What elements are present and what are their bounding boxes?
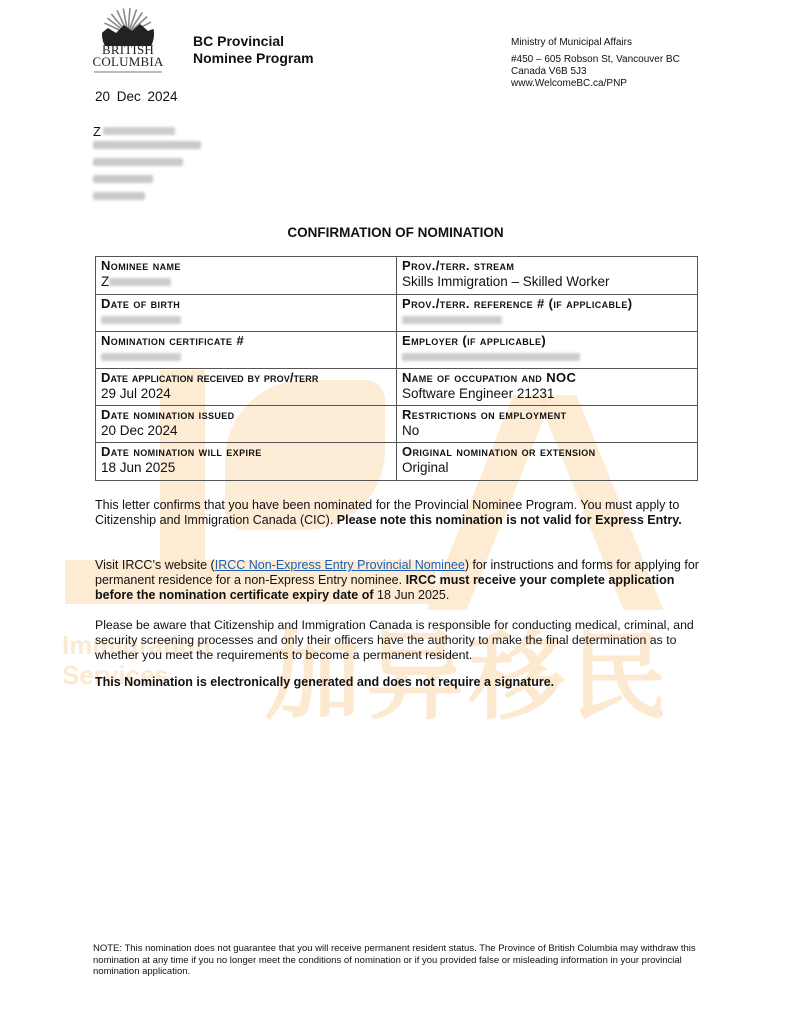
redacted-text [93,192,145,200]
document-title: CONFIRMATION OF NOMINATION [0,225,791,240]
ministry-name: Ministry of Municipal Affairs [511,37,680,49]
table-row: Nominee name Z Prov./terr. stream Skills… [96,257,698,295]
table-row: Date of birth Prov./terr. reference # (i… [96,295,698,332]
redacted-text [402,353,580,361]
logo-wordmark: BRITISH COLUMBIA [90,44,166,68]
bc-logo: BRITISH COLUMBIA [90,6,166,76]
table-row: Nomination certificate # Employer (if ap… [96,332,698,369]
redacted-text [93,158,183,166]
cell-nominee-name: Nominee name Z [96,257,397,295]
recipient-name: Z [93,124,201,141]
address-line-1: #450 – 605 Robson St, Vancouver BC [511,54,680,66]
redacted-text [101,353,181,361]
cell-date-issued: Date nomination issued 20 Dec 2024 [96,406,397,443]
cell-restrictions: Restrictions on employment No [397,406,698,443]
redacted-text [101,316,181,324]
cell-date-of-birth: Date of birth [96,295,397,332]
redacted-text [93,175,153,183]
nomination-table: Nominee name Z Prov./terr. stream Skills… [95,256,698,481]
cell-reference-number: Prov./terr. reference # (if applicable) [397,295,698,332]
ministry-address: Ministry of Municipal Affairs #450 – 605… [511,37,680,90]
paragraph-ircc: Visit IRCC’s website (IRCC Non-Express E… [95,558,710,603]
program-title: BC Provincial Nominee Program [193,33,314,67]
paragraph-confirmation: This letter confirms that you have been … [95,498,710,528]
table-row: Date application received by prov/terr 2… [96,369,698,406]
logo-underline [94,71,162,73]
cell-certificate-number: Nomination certificate # [96,332,397,369]
sun-mountains-icon [90,6,166,46]
table-row: Date nomination will expire 18 Jun 2025 … [96,443,698,481]
recipient-address: Z [93,124,201,209]
cell-employer: Employer (if applicable) [397,332,698,369]
redacted-text [93,141,201,149]
website: www.WelcomeBC.ca/PNP [511,78,680,90]
cell-original-or-extension: Original nomination or extension Origina… [397,443,698,481]
paragraph-screening: Please be aware that Citizenship and Imm… [95,618,710,663]
table-row: Date nomination issued 20 Dec 2024 Restr… [96,406,698,443]
cell-occupation-noc: Name of occupation and NOC Software Engi… [397,369,698,406]
cell-stream: Prov./terr. stream Skills Immigration – … [397,257,698,295]
cell-date-received: Date application received by prov/terr 2… [96,369,397,406]
cell-date-expire: Date nomination will expire 18 Jun 2025 [96,443,397,481]
address-line-2: Canada V6B 5J3 [511,66,680,78]
redacted-text [103,127,175,135]
ircc-link[interactable]: IRCC Non-Express Entry Provincial Nomine… [215,558,465,572]
redacted-text [109,278,171,286]
paragraph-signature-note: This Nomination is electronically genera… [95,675,710,690]
redacted-text [402,316,502,324]
footer-note: NOTE: This nomination does not guarantee… [93,943,703,978]
letter-date: 20 Dec 2024 [95,89,178,104]
